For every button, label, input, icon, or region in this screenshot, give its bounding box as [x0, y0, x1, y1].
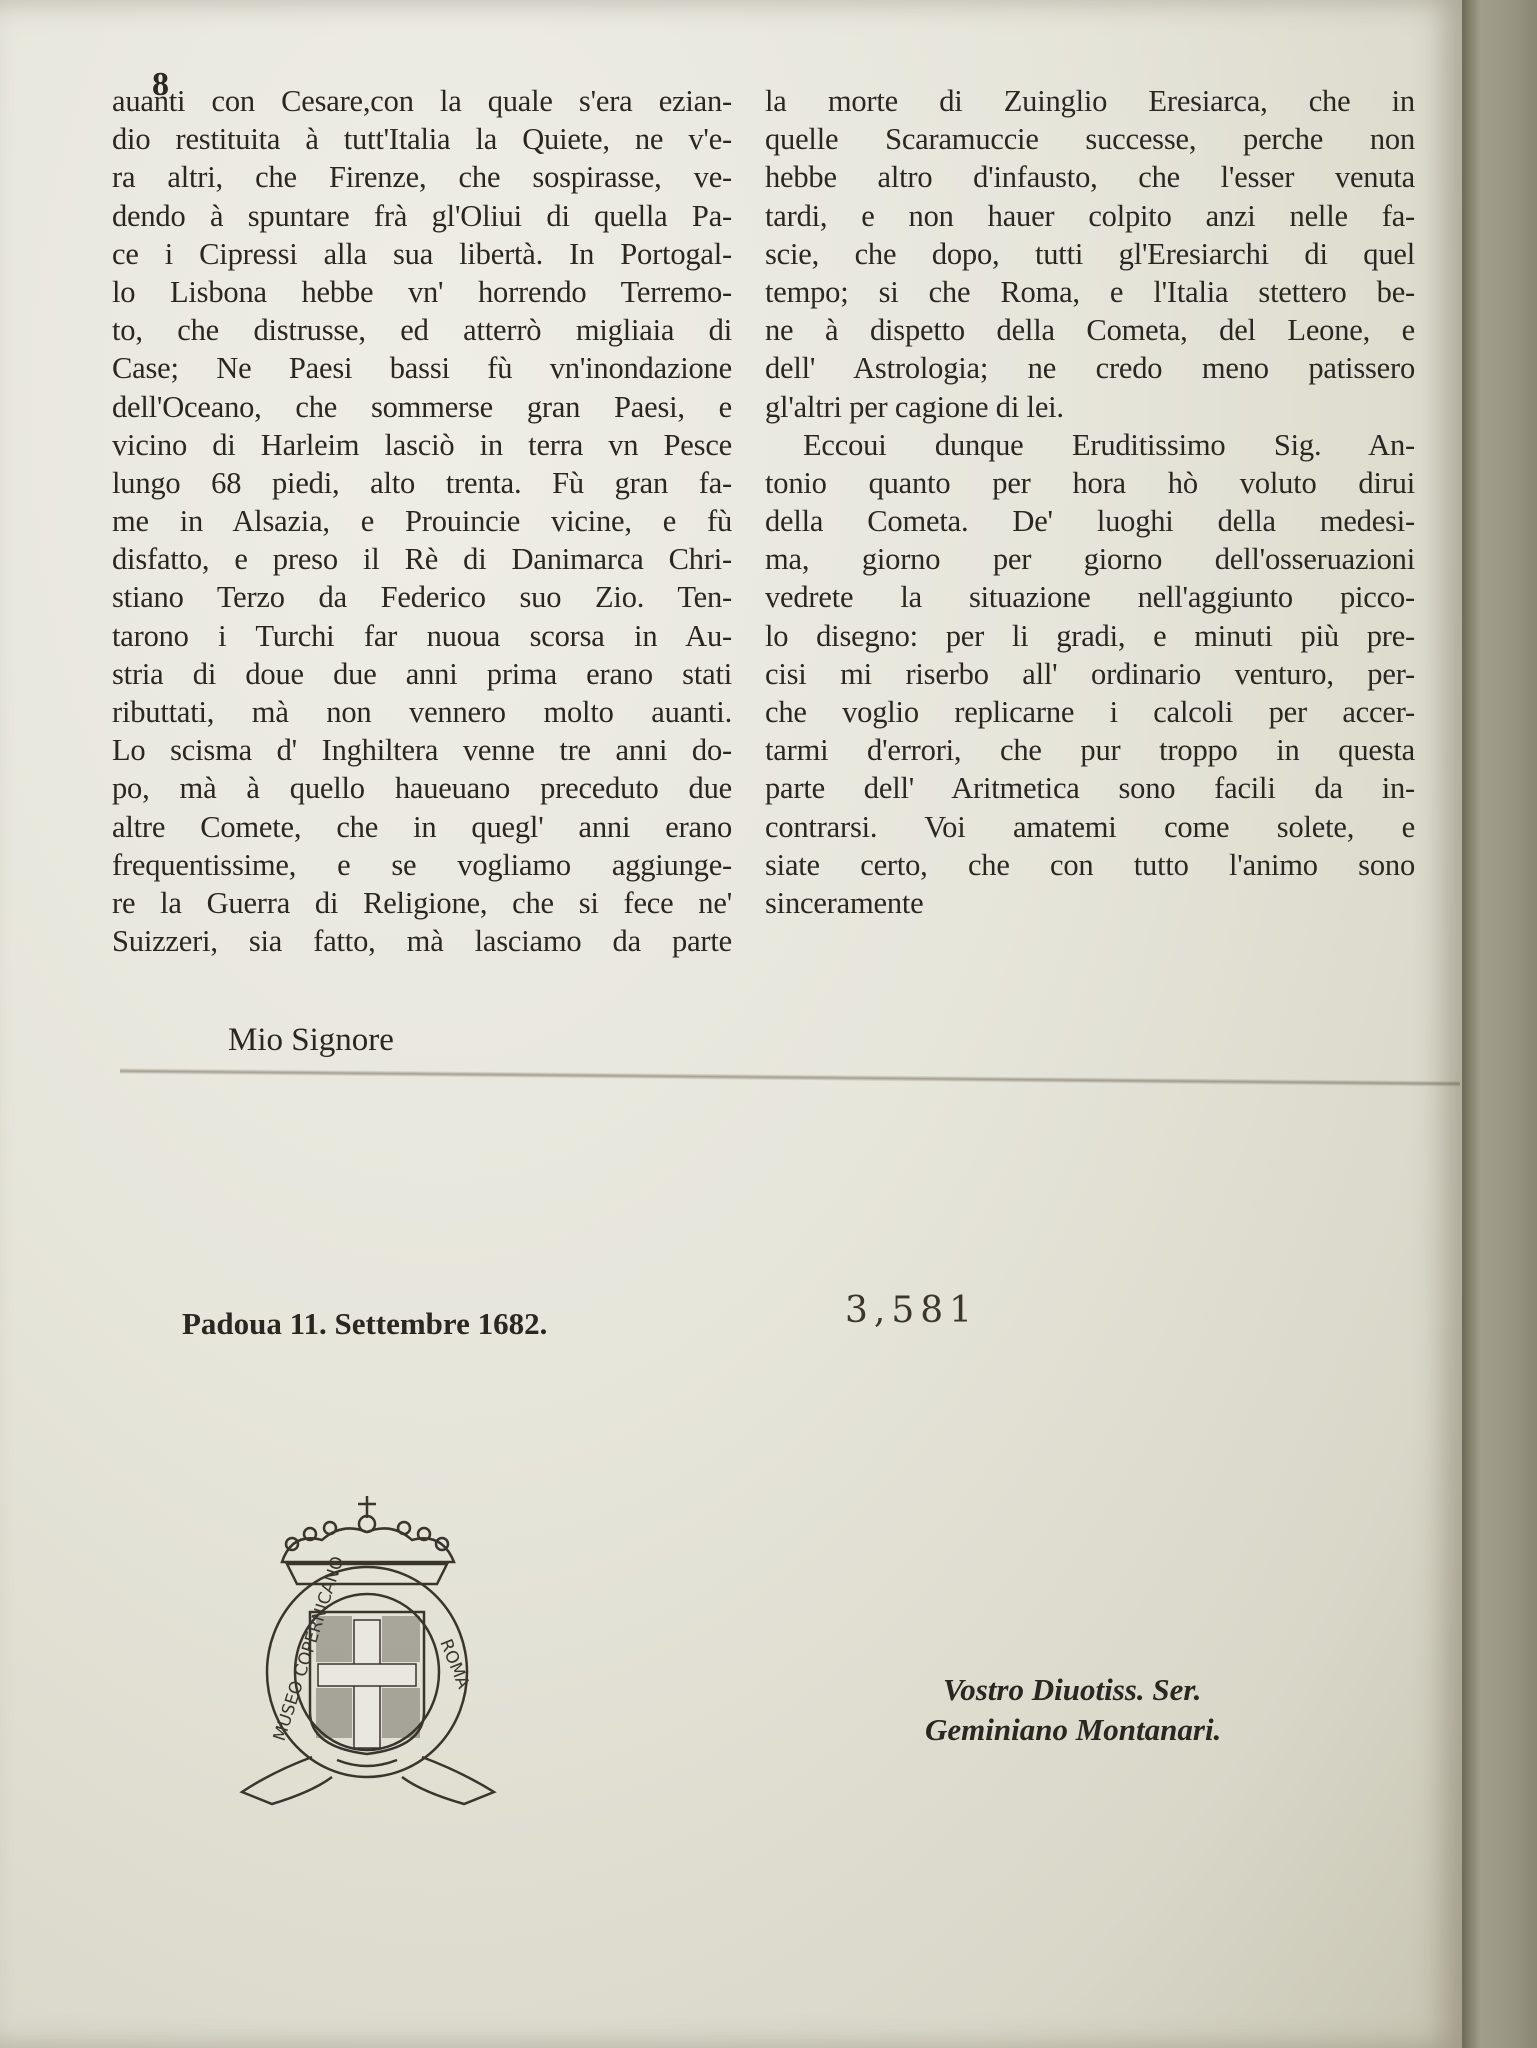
shelfmark-number: 3,581 [845, 1290, 978, 1331]
signature-block: Vostro Diuotiss. Ser. Geminiano Montanar… [925, 1670, 1221, 1750]
text-line: tempo; si che Roma, e l'Italia stettero … [765, 273, 1415, 311]
text-line: ne à dispetto della Cometa, del Leone, e [765, 311, 1415, 349]
text-line: ributtati, mà non vennero molto auanti. [112, 693, 732, 731]
museo-copernicano-stamp-icon: MUSEO COPERNICANO ROMA [232, 1492, 502, 1832]
text-line: to, che distrusse, ed atterrò migliaia d… [112, 311, 732, 349]
text-line: ce i Cipressi alla sua libertà. In Porto… [112, 235, 732, 273]
bleed-through-text [740, 1120, 909, 1200]
document-page: 8 auanti con Cesare,con la quale s'era e… [0, 0, 1462, 2048]
text-line: che voglio replicarne i calcoli per acce… [765, 693, 1415, 731]
text-line: sinceramente [765, 884, 1415, 922]
text-line: tonio quanto per hora hò voluto dirui [765, 464, 1415, 502]
text-line: dio restituita à tutt'Italia la Quiete, … [112, 120, 732, 158]
text-line: tarmi d'errori, che pur troppo in questa [765, 731, 1415, 769]
left-text-column: auanti con Cesare,con la quale s'era ezi… [112, 82, 732, 960]
text-line: vedrete la situazione nell'aggiunto picc… [765, 578, 1415, 616]
text-line: me in Alsazia, e Prouincie vicine, e fù [112, 502, 732, 540]
right-text-column: la morte di Zuinglio Eresiarca, che in q… [765, 82, 1415, 922]
text-line: contrarsi. Voi amatemi come solete, e [765, 808, 1415, 846]
signer-name: Geminiano Montanari. [925, 1712, 1221, 1747]
text-line: siate certo, che con tutto l'animo sono [765, 846, 1415, 884]
closing-formula: Vostro Diuotiss. Ser. [925, 1670, 1221, 1710]
text-line: hebbe altro d'infausto, che l'esser venu… [765, 158, 1415, 196]
text-line: la morte di Zuinglio Eresiarca, che in [765, 82, 1415, 120]
text-line: Case; Ne Paesi bassi fù vn'inondazione [112, 349, 732, 387]
text-line: della Cometa. De' luoghi della medesi- [765, 502, 1415, 540]
text-line: tardi, e non hauer colpito anzi nelle fa… [765, 197, 1415, 235]
text-line: dell'Oceano, che sommerse gran Paesi, e [112, 388, 732, 426]
book-page-edge [1462, 0, 1537, 2048]
text-line: quelle Scaramuccie successe, perche non [765, 120, 1415, 158]
text-line: lo disegno: per li gradi, e minuti più p… [765, 617, 1415, 655]
text-line: vicino di Harleim lasciò in terra vn Pes… [112, 426, 732, 464]
text-line: ma, giorno per giorno dell'osseruazioni [765, 540, 1415, 578]
salutation: Mio Signore [228, 1022, 394, 1059]
text-line: lo Lisbona hebbe vn' horrendo Terremo- [112, 273, 732, 311]
text-line: altre Comete, che in quegl' anni erano [112, 808, 732, 846]
text-line: lungo 68 piedi, alto trenta. Fù gran fa- [112, 464, 732, 502]
text-line: auanti con Cesare,con la quale s'era ezi… [112, 82, 732, 120]
text-line: Suizzeri, sia fatto, mà lasciamo da part… [112, 922, 732, 960]
text-line: Lo scisma d' Inghiltera venne tre anni d… [112, 731, 732, 769]
text-line: ra altri, che Firenze, che sospirasse, v… [112, 158, 732, 196]
text-line: frequentissime, e se vogliamo aggiunge- [112, 846, 732, 884]
text-line: Eccoui dunque Eruditissimo Sig. An- [765, 426, 1415, 464]
text-line: parte dell' Aritmetica sono facili da in… [765, 769, 1415, 807]
paper-fold-crease [120, 1068, 1460, 1087]
text-line: dendo à spuntare frà gl'Oliui di quella … [112, 197, 732, 235]
text-line: cisi mi riserbo all' ordinario venturo, … [765, 655, 1415, 693]
text-line: tarono i Turchi far nuoua scorsa in Au- [112, 617, 732, 655]
text-line: dell' Astrologia; ne credo meno patisser… [765, 349, 1415, 387]
text-line: scie, che dopo, tutti gl'Eresiarchi di q… [765, 235, 1415, 273]
text-line: stria di doue due anni prima erano stati [112, 655, 732, 693]
text-line: po, mà à quello haueuano preceduto due [112, 769, 732, 807]
text-line: disfatto, e preso il Rè di Danimarca Chr… [112, 540, 732, 578]
dateline: Padoua 11. Settembre 1682. [182, 1306, 547, 1342]
text-line: gl'altri per cagione di lei. [765, 388, 1415, 426]
text-line: re la Guerra di Religione, che si fece n… [112, 884, 732, 922]
text-line: stiano Terzo da Federico suo Zio. Ten- [112, 578, 732, 616]
